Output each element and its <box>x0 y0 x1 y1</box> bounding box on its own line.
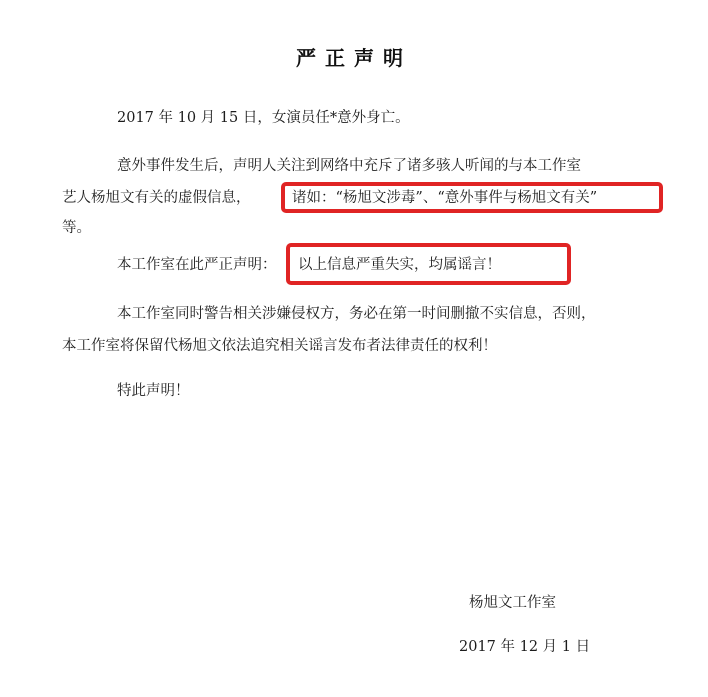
signature-date: 2017 年 12 月 1 日 <box>459 637 590 657</box>
paragraph-4-line-1: 本工作室同时警告相关涉嫌侵权方，务必在第一时间删撤不实信息，否则， <box>117 304 596 324</box>
paragraph-2-line-1: 意外事件发生后，声明人关注到网络中充斥了诸多骇人听闻的与本工作室 <box>117 156 581 176</box>
paragraph-2-line-2: 艺人杨旭文有关的虚假信息， <box>62 188 251 208</box>
paragraph-2-line-3: 等。 <box>62 218 91 238</box>
signature-issuer: 杨旭文工作室 <box>469 593 556 613</box>
paragraph-3-prefix: 本工作室在此严正声明： <box>117 255 277 275</box>
rumor-examples-highlight-box <box>281 182 663 213</box>
rumor-denial-highlight-box <box>286 243 571 285</box>
paragraph-date-event: 2017 年 10 月 15 日，女演员任*意外身亡。 <box>117 108 410 128</box>
paragraph-closing: 特此声明！ <box>117 381 190 401</box>
paragraph-4-line-2: 本工作室将保留代杨旭文依法追究相关谣言发布者法律责任的权利！ <box>62 336 497 356</box>
document-title: 严正声明 <box>0 42 708 71</box>
